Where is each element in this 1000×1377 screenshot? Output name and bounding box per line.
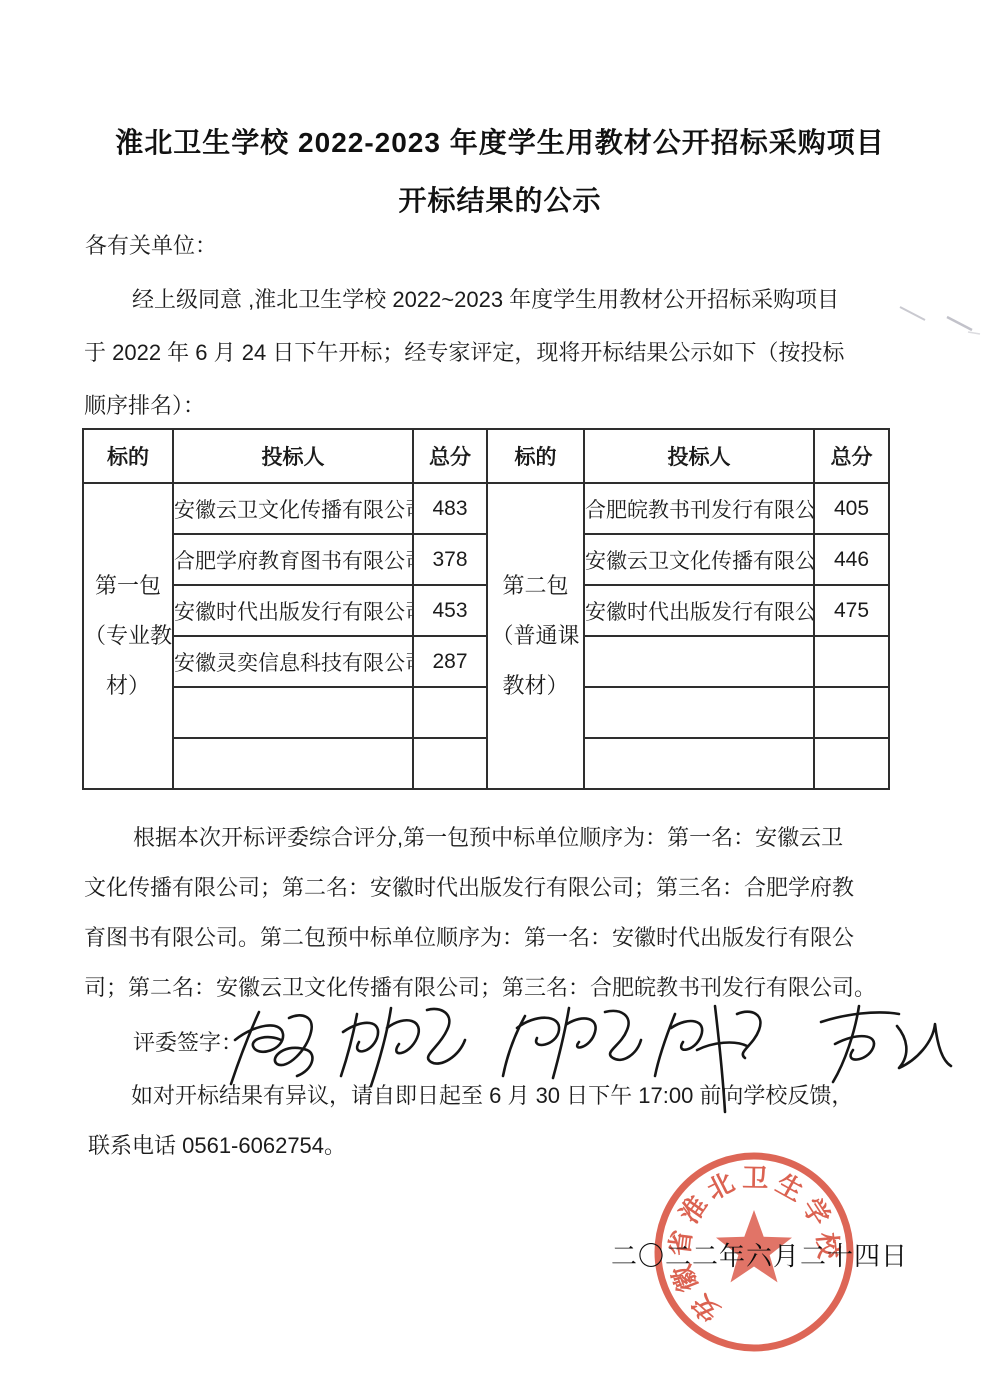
- table-row: [83, 738, 889, 789]
- table-header-cell: 总分: [413, 429, 487, 483]
- package2-score-cell: 446: [814, 534, 889, 585]
- package2-bidder-cell: 合肥皖教书刊发行有限公司: [584, 483, 814, 534]
- seal-ring-char: 生: [771, 1168, 808, 1207]
- table-header-cell: 标的: [487, 429, 584, 483]
- package2-score-cell: 475: [814, 585, 889, 636]
- package1-score-cell: 483: [413, 483, 487, 534]
- package2-score-cell: [814, 738, 889, 789]
- package1-bidder-cell: 安徽云卫文化传播有限公司: [173, 483, 413, 534]
- package1-bidder-cell: [173, 738, 413, 789]
- package1-score-cell: 453: [413, 585, 487, 636]
- package1-bidder-cell: 合肥学府教育图书有限公司: [173, 534, 413, 585]
- jury-signature-label: 评委签字：: [133, 1028, 243, 1058]
- package1-label-cell: 第一包（专业教材）: [83, 483, 173, 789]
- scan-artifact-marks: [890, 295, 990, 345]
- package1-bidder-cell: [173, 687, 413, 738]
- table-row: 安徽灵奕信息科技有限公司287: [83, 636, 889, 687]
- paragraph2-line1: 根据本次开标评委综合评分,第一包预中标单位顺序为：第一名：安徽云卫: [133, 823, 843, 853]
- paragraph2-line2: 文化传播有限公司；第二名：安徽时代出版发行有限公司；第三名：合肥学府教: [84, 873, 854, 903]
- document-date: 二〇二二年六月二十四日: [611, 1236, 908, 1273]
- paragraph2-line4: 司；第二名：安徽云卫文化传播有限公司；第三名：合肥皖教书刊发行有限公司。: [84, 973, 876, 1003]
- signature-1: [231, 1012, 312, 1084]
- table-header-cell: 投标人: [173, 429, 413, 483]
- package2-bidder-cell: [584, 738, 814, 789]
- table-header-row: 标的投标人总分标的投标人总分: [83, 429, 889, 483]
- paragraph1-line2: 于 2022 年 6 月 24 日下午开标；经专家评定，现将开标结果公示如下（按…: [84, 338, 844, 368]
- package2-score-cell: 405: [814, 483, 889, 534]
- seal-ring-char: 北: [702, 1167, 739, 1206]
- package1-score-cell: [413, 738, 487, 789]
- package2-label-cell: 第二包（普通课教材）: [487, 483, 584, 789]
- package1-score-cell: [413, 687, 487, 738]
- paragraph2-line3: 育图书有限公司。第二包预中标单位顺序为：第一名：安徽时代出版发行有限公: [84, 923, 854, 953]
- package1-score-cell: 287: [413, 636, 487, 687]
- seal-ring-char: 卫: [742, 1163, 769, 1193]
- package1-score-cell: 378: [413, 534, 487, 585]
- bid-results-table: 标的投标人总分标的投标人总分 第一包（专业教材）安徽云卫文化传播有限公司483第…: [82, 428, 890, 790]
- objection-notice-line: 如对开标结果有异议，请自即日起至 6 月 30 日下午 17:00 前向学校反馈…: [131, 1081, 853, 1111]
- table-row: 第一包（专业教材）安徽云卫文化传播有限公司483第二包（普通课教材）合肥皖教书刊…: [83, 483, 889, 534]
- package2-bidder-cell: 安徽云卫文化传播有限公司: [584, 534, 814, 585]
- package2-bidder-cell: 安徽时代出版发行有限公司: [584, 585, 814, 636]
- table-header-cell: 标的: [83, 429, 173, 483]
- document-title-line1: 淮北卫生学校 2022-2023 年度学生用教材公开招标采购项目: [0, 121, 1000, 161]
- package2-score-cell: [814, 687, 889, 738]
- greeting-text: 各有关单位：: [85, 231, 217, 261]
- package1-bidder-cell: 安徽时代出版发行有限公司: [173, 585, 413, 636]
- paragraph1-line1: 经上级同意 ,淮北卫生学校 2022~2023 年度学生用教材公开招标采购项目: [132, 285, 839, 315]
- table-row: 安徽时代出版发行有限公司453安徽时代出版发行有限公司475: [83, 585, 889, 636]
- table-header-cell: 总分: [814, 429, 889, 483]
- package2-score-cell: [814, 636, 889, 687]
- results-table-body: 第一包（专业教材）安徽云卫文化传播有限公司483第二包（普通课教材）合肥皖教书刊…: [83, 483, 889, 789]
- document-page: 淮北卫生学校 2022-2023 年度学生用教材公开招标采购项目 开标结果的公示…: [0, 0, 1000, 1377]
- package1-bidder-cell: 安徽灵奕信息科技有限公司: [173, 636, 413, 687]
- table-row: [83, 687, 889, 738]
- signature-5: [821, 1006, 951, 1082]
- table-header-cell: 投标人: [584, 429, 814, 483]
- document-title-line2: 开标结果的公示: [0, 179, 1000, 219]
- package2-bidder-cell: [584, 636, 814, 687]
- package2-bidder-cell: [584, 687, 814, 738]
- signature-2: [341, 1008, 465, 1086]
- paragraph1-line3: 顺序排名）：: [84, 391, 205, 421]
- table-row: 合肥学府教育图书有限公司378安徽云卫文化传播有限公司446: [83, 534, 889, 585]
- signature-3: [503, 1008, 641, 1078]
- contact-phone-line: 联系电话 0561-6062754。: [88, 1131, 346, 1161]
